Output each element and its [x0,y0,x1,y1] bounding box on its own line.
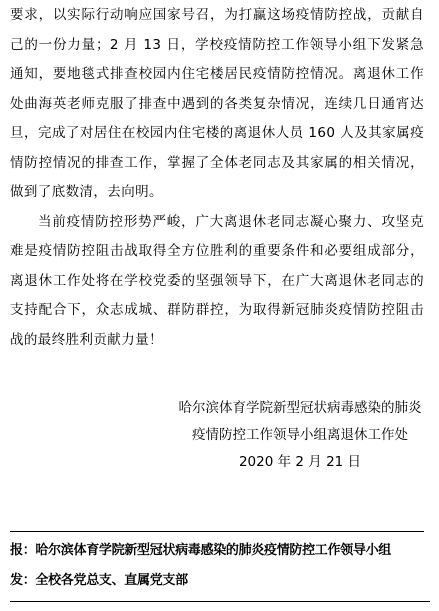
bottom-divider [10,601,430,602]
signature-date: 2020 年 2 月 21 日 [150,449,439,476]
paragraph-2: 当前疫情防控形势严峻，广大离退休老同志凝心聚力、攻坚克难是疫情防控阻击战取得全方… [10,208,424,356]
signature-org-line-1: 哈尔滨体育学院新型冠状病毒感染的肺炎 [150,395,439,422]
paragraph-1: 要求，以实际行动响应国家号召，为打赢这场疫情防控战，贡献自己的一份力量；2 月 … [10,0,424,208]
signature-block: 哈尔滨体育学院新型冠状病毒感染的肺炎 疫情防控工作领导小组离退休工作处 2020… [150,395,439,476]
report-to-line: 报：哈尔滨体育学院新型冠状病毒感染的肺炎疫情防控工作领导小组 [10,536,428,566]
distribution-footer: 报：哈尔滨体育学院新型冠状病毒感染的肺炎疫情防控工作领导小组 发：全校各党总支、… [10,531,428,602]
send-to-line: 发：全校各党总支、直属党支部 [10,566,428,596]
signature-org-line-2: 疫情防控工作领导小组离退休工作处 [150,422,439,449]
document-body: 要求，以实际行动响应国家号召，为打赢这场疫情防控战，贡献自己的一份力量；2 月 … [10,0,424,355]
